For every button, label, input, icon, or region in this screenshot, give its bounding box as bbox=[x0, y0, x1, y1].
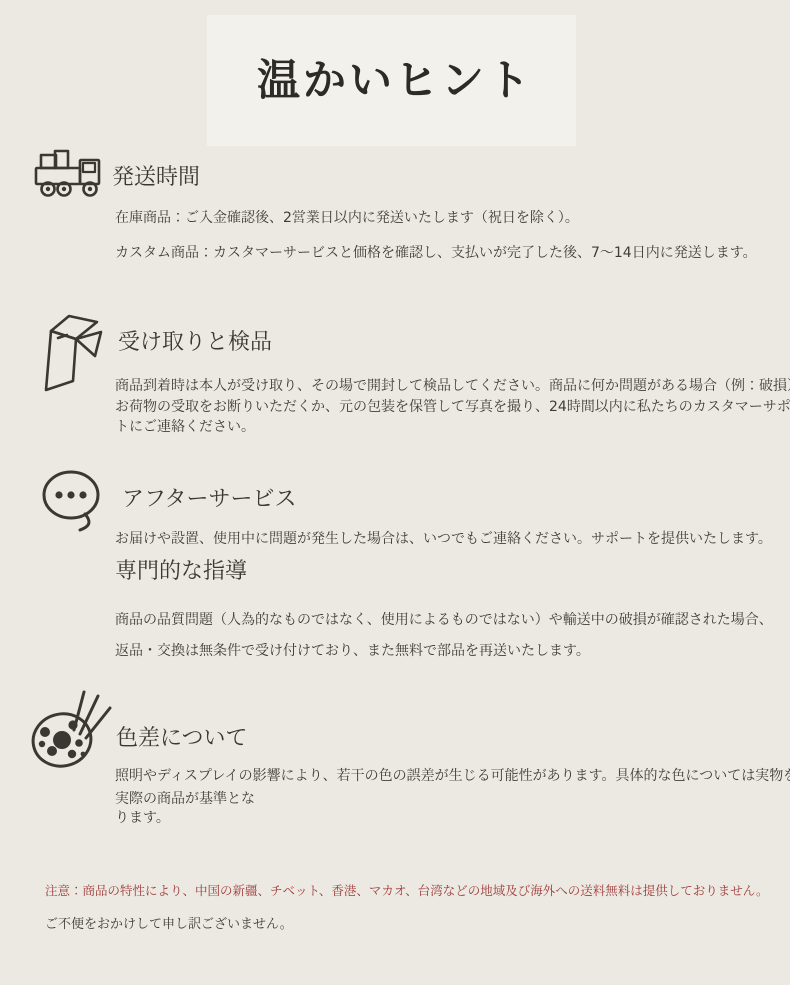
palette-icon bbox=[28, 688, 116, 770]
truck-icon bbox=[33, 148, 109, 198]
warm-hints-panel: 温かいヒント 発送時間 在庫商品：ご入金確認後、2営業日以内に発送いたします（祝… bbox=[0, 0, 790, 985]
guidance-line-2: 返品・交換は無条件で受け付けており、また無料で部品を再送いたします。 bbox=[115, 643, 590, 660]
receipt-line-3: トにご連絡ください。 bbox=[115, 419, 255, 436]
shipping-line-1: 在庫商品：ご入金確認後、2営業日以内に発送いたします（祝日を除く）。 bbox=[115, 210, 579, 227]
section-heading-color-difference: 色差について bbox=[116, 726, 248, 751]
speech-bubble-icon bbox=[40, 468, 108, 534]
after-service-line-1: お届けや設置、使用中に問題が発生した場合は、いつでもご連絡ください。サポートを提… bbox=[115, 531, 772, 548]
shipping-restriction-notice: 注意：商品の特性により、中国の新疆、チベット、香港、マカオ、台湾などの地域及び海… bbox=[45, 883, 769, 898]
section-heading-professional-guidance: 専門的な指導 bbox=[115, 559, 247, 584]
shipping-line-2: カスタム商品：カスタマーサービスと価格を確認し、支払いが完了した後、7～14日内… bbox=[115, 245, 757, 262]
apology-text: ご不便をおかけして申し訳ございません。 bbox=[45, 917, 293, 933]
guidance-line-1: 商品の品質問題（人為的なものではなく、使用によるものではない）や輸送中の破損が確… bbox=[115, 612, 773, 629]
color-diff-line-1: 照明やディスプレイの影響により、若干の色の誤差が生じる可能性があります。具体的な… bbox=[115, 768, 790, 785]
color-diff-line-3: ります。 bbox=[115, 810, 170, 827]
receipt-line-2: お荷物の受取をお断りいただくか、元の包装を保管して写真を撮り、24時間以内に私た… bbox=[115, 399, 790, 416]
receipt-line-1: 商品到着時は本人が受け取り、その場で開封して検品してください。商品に何か問題があ… bbox=[115, 378, 790, 395]
page-title: 温かいヒント bbox=[0, 56, 790, 108]
section-heading-shipping-time: 発送時間 bbox=[112, 165, 200, 190]
package-box-icon bbox=[38, 310, 110, 400]
section-heading-receipt-inspection: 受け取りと検品 bbox=[118, 330, 272, 355]
color-diff-line-2: 実際の商品が基準とな bbox=[115, 791, 255, 808]
section-heading-after-service: アフターサービス bbox=[122, 487, 296, 512]
